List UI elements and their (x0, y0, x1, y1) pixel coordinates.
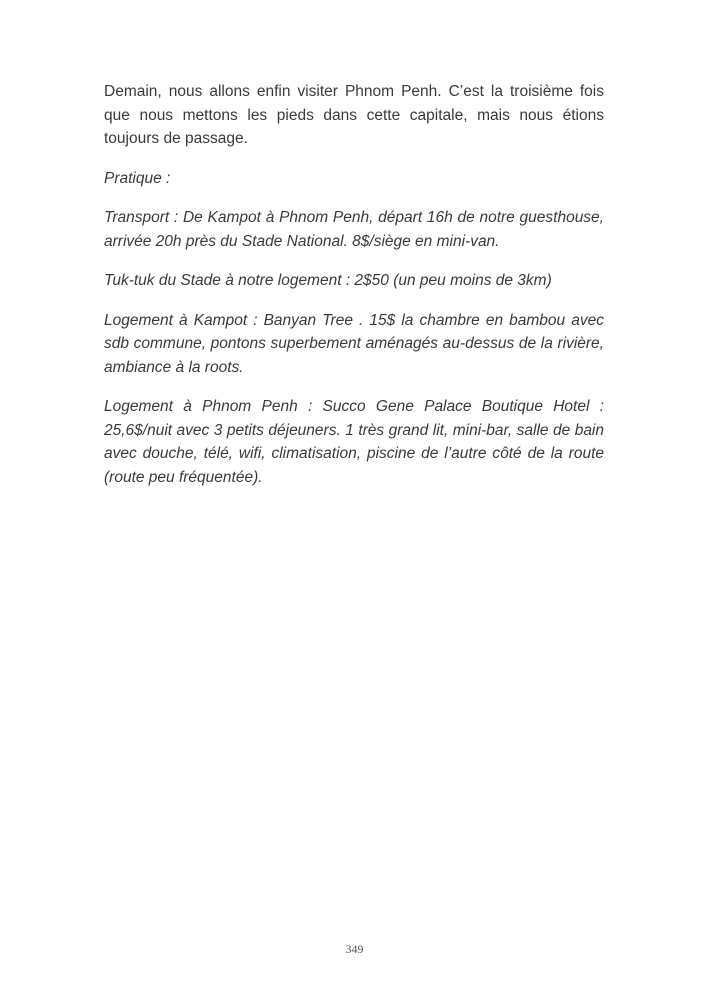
phnom-penh-lodging-paragraph: Logement à Phnom Penh : Succo Gene Palac… (104, 395, 604, 489)
document-body: Demain, nous allons enfin visiter Phnom … (104, 80, 604, 505)
transport-paragraph: Transport : De Kampot à Phnom Penh, dépa… (104, 206, 604, 253)
kampot-lodging-paragraph: Logement à Kampot : Banyan Tree . 15$ la… (104, 309, 604, 380)
intro-paragraph: Demain, nous allons enfin visiter Phnom … (104, 80, 604, 151)
practical-heading: Pratique : (104, 167, 604, 191)
tuktuk-paragraph: Tuk-tuk du Stade à notre logement : 2$50… (104, 269, 604, 293)
page-number: 349 (0, 942, 709, 957)
